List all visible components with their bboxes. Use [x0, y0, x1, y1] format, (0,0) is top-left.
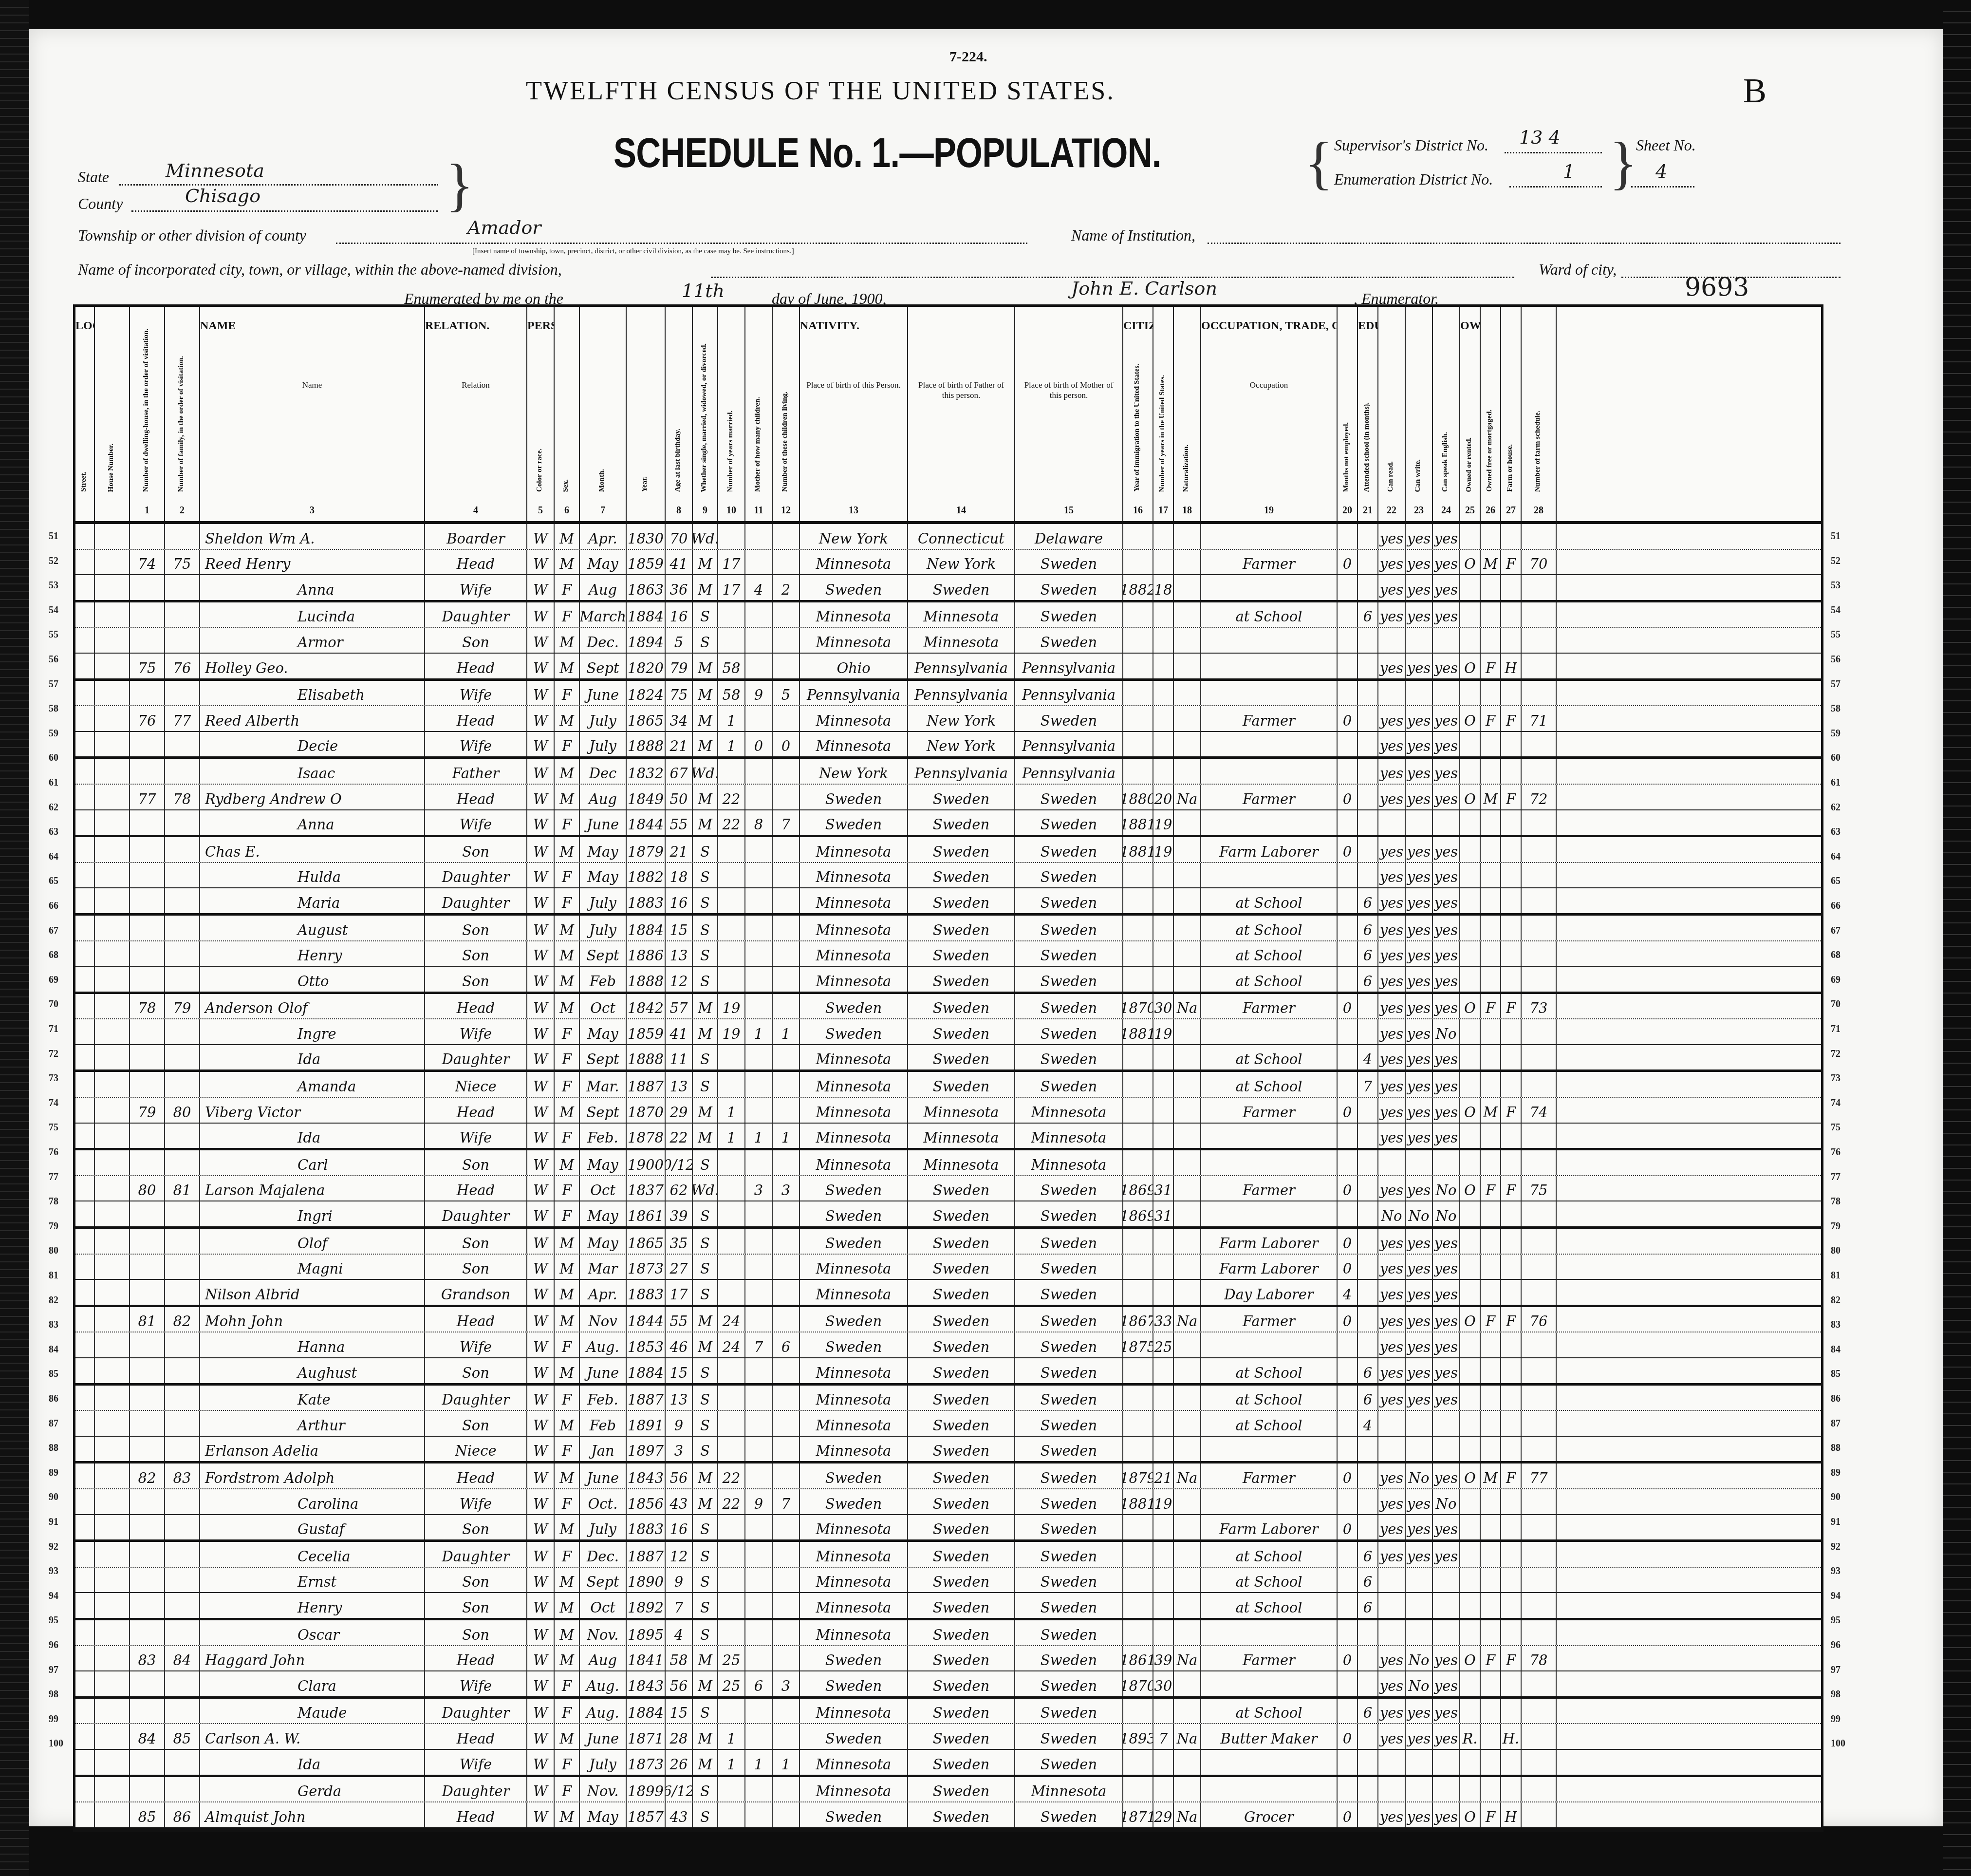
cell-yrs[interactable] — [1153, 706, 1174, 731]
cell-fam[interactable] — [165, 837, 200, 862]
cell-fam[interactable] — [165, 967, 200, 992]
cell-rel[interactable]: Wife — [425, 681, 527, 706]
supervisor-value[interactable]: 13 4 — [1519, 127, 1561, 148]
cell-year[interactable]: 1859 — [627, 550, 666, 575]
cell-dw[interactable] — [130, 1150, 165, 1175]
cell-read[interactable]: yes — [1378, 1358, 1406, 1383]
cell-occ[interactable]: at School — [1201, 1593, 1338, 1618]
cell-marital[interactable]: S — [693, 628, 718, 653]
cell-nat[interactable] — [1174, 1358, 1201, 1383]
cell-farm[interactable] — [1501, 1386, 1522, 1410]
cell-cl[interactable] — [773, 785, 800, 809]
cell-nat[interactable] — [1174, 550, 1201, 575]
cell-cl[interactable]: 5 — [773, 681, 800, 706]
cell-fpob[interactable]: Sweden — [908, 1332, 1015, 1357]
cell-own[interactable]: O — [1460, 1802, 1481, 1827]
cell-fpob[interactable]: Sweden — [908, 1593, 1015, 1618]
cell-write[interactable] — [1406, 1411, 1433, 1436]
cell-yrs[interactable]: 21 — [1153, 1463, 1174, 1488]
cell-dw[interactable] — [130, 810, 165, 835]
cell-write[interactable]: yes — [1406, 1699, 1433, 1724]
cell-ym[interactable]: 24 — [718, 1332, 745, 1357]
cell-age[interactable]: 55 — [666, 1307, 693, 1332]
cell-free[interactable] — [1481, 575, 1501, 600]
cell-eng[interactable]: yes — [1433, 916, 1460, 940]
cell-fpob[interactable]: Sweden — [908, 1358, 1015, 1383]
cell-imm[interactable] — [1123, 1568, 1153, 1593]
cell-school[interactable] — [1358, 1332, 1378, 1357]
cell-mne[interactable]: 0 — [1338, 1724, 1358, 1749]
cell-farm[interactable] — [1501, 1019, 1522, 1044]
cell-fpob[interactable]: Minnesota — [908, 1098, 1015, 1123]
cell-ym[interactable]: 1 — [718, 706, 745, 731]
cell-year[interactable]: 1844 — [627, 1307, 666, 1332]
cell-pob[interactable]: Minnesota — [800, 550, 908, 575]
cell-write[interactable] — [1406, 1777, 1433, 1802]
cell-month[interactable]: Dec — [580, 759, 627, 784]
cell-imm[interactable] — [1123, 759, 1153, 784]
institution-line[interactable] — [1208, 243, 1841, 244]
cell-farm[interactable] — [1501, 1150, 1522, 1175]
cell-street[interactable] — [75, 1386, 95, 1410]
cell-sex[interactable]: M — [555, 1593, 580, 1618]
cell-street[interactable] — [75, 1568, 95, 1593]
cell-farm[interactable] — [1501, 1437, 1522, 1462]
cell-month[interactable]: Apr. — [580, 1280, 627, 1305]
cell-own[interactable] — [1460, 1358, 1481, 1383]
cell-mc[interactable] — [745, 941, 773, 966]
cell-mne[interactable] — [1338, 1150, 1358, 1175]
cell-street[interactable] — [75, 1542, 95, 1567]
cell-sched[interactable] — [1522, 888, 1557, 913]
cell-imm[interactable] — [1123, 1124, 1153, 1148]
cell-dw[interactable] — [130, 837, 165, 862]
cell-age[interactable]: 56 — [666, 1463, 693, 1488]
cell-age[interactable]: 9 — [666, 1411, 693, 1436]
cell-name[interactable]: Cecelia — [200, 1542, 425, 1567]
cell-mc[interactable]: 6 — [745, 1671, 773, 1696]
cell-month[interactable]: May — [580, 837, 627, 862]
cell-rel[interactable]: Daughter — [425, 1201, 527, 1226]
cell-house[interactable] — [95, 550, 130, 575]
cell-cl[interactable] — [773, 888, 800, 913]
cell-fam[interactable] — [165, 1332, 200, 1357]
cell-ym[interactable] — [718, 1699, 745, 1724]
cell-fam[interactable] — [165, 524, 200, 549]
cell-eng[interactable] — [1433, 1150, 1460, 1175]
cell-free[interactable]: F — [1481, 654, 1501, 678]
cell-mpob[interactable]: Sweden — [1015, 941, 1123, 966]
cell-imm[interactable] — [1123, 1542, 1153, 1567]
cell-month[interactable]: July — [580, 732, 627, 757]
cell-mc[interactable] — [745, 1646, 773, 1671]
cell-sched[interactable] — [1522, 1802, 1557, 1827]
cell-yrs[interactable] — [1153, 628, 1174, 653]
cell-nat[interactable] — [1174, 967, 1201, 992]
cell-month[interactable]: Sept — [580, 1098, 627, 1123]
cell-read[interactable]: No — [1378, 1201, 1406, 1226]
cell-sex[interactable]: M — [555, 967, 580, 992]
cell-sex[interactable]: F — [555, 1489, 580, 1514]
cell-age[interactable]: 41 — [666, 550, 693, 575]
cell-yrs[interactable]: 30 — [1153, 1671, 1174, 1696]
cell-age[interactable]: 75 — [666, 681, 693, 706]
cell-sched[interactable] — [1522, 1201, 1557, 1226]
cell-farm[interactable] — [1501, 1750, 1522, 1775]
cell-rel[interactable]: Son — [425, 1229, 527, 1254]
cell-sex[interactable]: M — [555, 1515, 580, 1540]
cell-yrs[interactable] — [1153, 524, 1174, 549]
cell-fam[interactable] — [165, 1593, 200, 1618]
cell-ym[interactable] — [718, 1280, 745, 1305]
cell-cl[interactable] — [773, 1307, 800, 1332]
cell-write[interactable] — [1406, 628, 1433, 653]
cell-fpob[interactable]: Sweden — [908, 1724, 1015, 1749]
cell-rel[interactable]: Head — [425, 654, 527, 678]
cell-mne[interactable] — [1338, 575, 1358, 600]
cell-yrs[interactable] — [1153, 654, 1174, 678]
cell-sched[interactable] — [1522, 1750, 1557, 1775]
cell-cl[interactable] — [773, 654, 800, 678]
cell-occ[interactable]: at School — [1201, 1411, 1338, 1436]
cell-imm[interactable]: 1867 — [1123, 1307, 1153, 1332]
cell-pob[interactable]: Sweden — [800, 1332, 908, 1357]
cell-house[interactable] — [95, 1437, 130, 1462]
cell-yrs[interactable] — [1153, 1593, 1174, 1618]
cell-occ[interactable]: at School — [1201, 916, 1338, 940]
cell-school[interactable] — [1358, 1515, 1378, 1540]
cell-nat[interactable]: Na — [1174, 1463, 1201, 1488]
cell-year[interactable]: 1832 — [627, 759, 666, 784]
cell-mc[interactable] — [745, 1411, 773, 1436]
cell-rel[interactable]: Wife — [425, 1489, 527, 1514]
cell-write[interactable] — [1406, 1568, 1433, 1593]
cell-own[interactable]: R. — [1460, 1724, 1481, 1749]
cell-nat[interactable] — [1174, 1255, 1201, 1279]
cell-sched[interactable] — [1522, 1620, 1557, 1645]
cell-mpob[interactable]: Sweden — [1015, 1019, 1123, 1044]
cell-yrs[interactable] — [1153, 1098, 1174, 1123]
cell-nat[interactable] — [1174, 602, 1201, 627]
cell-imm[interactable] — [1123, 681, 1153, 706]
cell-pob[interactable]: Minnesota — [800, 1437, 908, 1462]
cell-write[interactable]: yes — [1406, 706, 1433, 731]
cell-own[interactable] — [1460, 1671, 1481, 1696]
cell-school[interactable]: 6 — [1358, 1593, 1378, 1618]
cell-own[interactable]: O — [1460, 550, 1481, 575]
cell-fpob[interactable]: Sweden — [908, 575, 1015, 600]
cell-year[interactable]: 1879 — [627, 837, 666, 862]
cell-sex[interactable]: F — [555, 681, 580, 706]
cell-mc[interactable] — [745, 1724, 773, 1749]
cell-own[interactable]: O — [1460, 1646, 1481, 1671]
cell-age[interactable]: 13 — [666, 1072, 693, 1097]
cell-rel[interactable]: Daughter — [425, 1542, 527, 1567]
cell-fam[interactable] — [165, 1201, 200, 1226]
cell-read[interactable] — [1378, 1620, 1406, 1645]
cell-sex[interactable]: F — [555, 1332, 580, 1357]
cell-mpob[interactable]: Sweden — [1015, 1229, 1123, 1254]
cell-imm[interactable] — [1123, 732, 1153, 757]
cell-imm[interactable] — [1123, 1280, 1153, 1305]
cell-marital[interactable]: Wd. — [693, 524, 718, 549]
cell-ym[interactable] — [718, 1150, 745, 1175]
cell-ym[interactable]: 58 — [718, 681, 745, 706]
cell-yrs[interactable]: 29 — [1153, 1802, 1174, 1827]
cell-sched[interactable]: 77 — [1522, 1463, 1557, 1488]
cell-dw[interactable] — [130, 916, 165, 940]
cell-yrs[interactable] — [1153, 1072, 1174, 1097]
cell-read[interactable]: yes — [1378, 1332, 1406, 1357]
cell-fam[interactable] — [165, 681, 200, 706]
cell-write[interactable]: yes — [1406, 863, 1433, 888]
cell-age[interactable]: 55 — [666, 810, 693, 835]
cell-mc[interactable] — [745, 994, 773, 1019]
cell-marital[interactable]: S — [693, 1255, 718, 1279]
cell-pob[interactable]: Ohio — [800, 654, 908, 678]
cell-mc[interactable] — [745, 1358, 773, 1383]
cell-occ[interactable]: Farm Laborer — [1201, 1255, 1338, 1279]
cell-dw[interactable]: 84 — [130, 1724, 165, 1749]
cell-read[interactable]: yes — [1378, 1124, 1406, 1148]
cell-year[interactable]: 1887 — [627, 1072, 666, 1097]
cell-ym[interactable]: 1 — [718, 1750, 745, 1775]
cell-occ[interactable] — [1201, 1019, 1338, 1044]
cell-farm[interactable] — [1501, 1255, 1522, 1279]
cell-fam[interactable]: 85 — [165, 1724, 200, 1749]
cell-read[interactable] — [1378, 1568, 1406, 1593]
cell-farm[interactable]: F — [1501, 1307, 1522, 1332]
cell-marital[interactable]: Wd. — [693, 1176, 718, 1201]
cell-house[interactable] — [95, 1542, 130, 1567]
cell-sched[interactable] — [1522, 916, 1557, 940]
cell-pob[interactable]: Sweden — [800, 575, 908, 600]
cell-fam[interactable] — [165, 759, 200, 784]
cell-month[interactable]: May — [580, 1019, 627, 1044]
cell-ym[interactable] — [718, 1777, 745, 1802]
cell-eng[interactable]: yes — [1433, 1229, 1460, 1254]
cell-free[interactable] — [1481, 1019, 1501, 1044]
cell-occ[interactable] — [1201, 1150, 1338, 1175]
cell-ym[interactable]: 24 — [718, 1307, 745, 1332]
cell-school[interactable]: 6 — [1358, 602, 1378, 627]
cell-marital[interactable]: M — [693, 1724, 718, 1749]
cell-color[interactable]: W — [527, 575, 555, 600]
cell-eng[interactable] — [1433, 1411, 1460, 1436]
cell-farm[interactable] — [1501, 967, 1522, 992]
cell-write[interactable] — [1406, 1437, 1433, 1462]
cell-mc[interactable] — [745, 1699, 773, 1724]
cell-cl[interactable] — [773, 1620, 800, 1645]
cell-write[interactable]: yes — [1406, 1724, 1433, 1749]
cell-sex[interactable]: F — [555, 1386, 580, 1410]
cell-occ[interactable]: Butter Maker — [1201, 1724, 1338, 1749]
cell-dw[interactable] — [130, 1593, 165, 1618]
cell-ym[interactable]: 19 — [718, 1019, 745, 1044]
cell-dw[interactable] — [130, 1777, 165, 1802]
cell-month[interactable]: Apr. — [580, 524, 627, 549]
cell-yrs[interactable] — [1153, 916, 1174, 940]
cell-farm[interactable]: F — [1501, 550, 1522, 575]
cell-pob[interactable]: Minnesota — [800, 888, 908, 913]
cell-free[interactable] — [1481, 524, 1501, 549]
cell-fpob[interactable]: Sweden — [908, 1255, 1015, 1279]
cell-ym[interactable]: 1 — [718, 1124, 745, 1148]
cell-mne[interactable] — [1338, 1620, 1358, 1645]
cell-marital[interactable]: M — [693, 575, 718, 600]
cell-sex[interactable]: M — [555, 1150, 580, 1175]
cell-read[interactable]: yes — [1378, 1489, 1406, 1514]
cell-rel[interactable]: Boarder — [425, 524, 527, 549]
cell-dw[interactable]: 76 — [130, 706, 165, 731]
cell-mne[interactable] — [1338, 681, 1358, 706]
cell-year[interactable]: 1887 — [627, 1542, 666, 1567]
cell-house[interactable] — [95, 1646, 130, 1671]
cell-own[interactable]: O — [1460, 1176, 1481, 1201]
cell-read[interactable]: yes — [1378, 1724, 1406, 1749]
cell-mne[interactable] — [1338, 628, 1358, 653]
cell-farm[interactable]: F — [1501, 1098, 1522, 1123]
cell-fpob[interactable]: Sweden — [908, 1515, 1015, 1540]
cell-farm[interactable] — [1501, 1515, 1522, 1540]
cell-color[interactable]: W — [527, 732, 555, 757]
cell-occ[interactable] — [1201, 628, 1338, 653]
cell-rel[interactable]: Head — [425, 785, 527, 809]
cell-free[interactable] — [1481, 1750, 1501, 1775]
cell-house[interactable] — [95, 785, 130, 809]
cell-name[interactable]: Fordstrom Adolph — [200, 1463, 425, 1488]
cell-rel[interactable]: Daughter — [425, 888, 527, 913]
cell-cl[interactable] — [773, 1463, 800, 1488]
cell-name[interactable]: Hulda — [200, 863, 425, 888]
cell-fpob[interactable]: Sweden — [908, 1620, 1015, 1645]
cell-mc[interactable] — [745, 1515, 773, 1540]
cell-month[interactable]: Dec. — [580, 628, 627, 653]
cell-sex[interactable]: F — [555, 1542, 580, 1567]
cell-month[interactable]: June — [580, 1358, 627, 1383]
cell-pob[interactable]: Minnesota — [800, 837, 908, 862]
cell-write[interactable]: yes — [1406, 732, 1433, 757]
cell-rel[interactable]: Wife — [425, 575, 527, 600]
cell-write[interactable]: yes — [1406, 1515, 1433, 1540]
cell-cl[interactable] — [773, 1593, 800, 1618]
cell-sex[interactable]: M — [555, 1411, 580, 1436]
cell-farm[interactable] — [1501, 681, 1522, 706]
cell-fam[interactable] — [165, 1671, 200, 1696]
cell-street[interactable] — [75, 1411, 95, 1436]
cell-yrs[interactable] — [1153, 863, 1174, 888]
cell-year[interactable]: 1883 — [627, 1515, 666, 1540]
cell-eng[interactable]: No — [1433, 1201, 1460, 1226]
cell-mpob[interactable]: Sweden — [1015, 1255, 1123, 1279]
cell-school[interactable] — [1358, 1646, 1378, 1671]
cell-rel[interactable]: Son — [425, 916, 527, 940]
cell-street[interactable] — [75, 1646, 95, 1671]
cell-fam[interactable] — [165, 863, 200, 888]
cell-read[interactable]: yes — [1378, 732, 1406, 757]
cell-nat[interactable] — [1174, 1229, 1201, 1254]
cell-mc[interactable]: 3 — [745, 1176, 773, 1201]
cell-mne[interactable] — [1338, 1411, 1358, 1436]
cell-house[interactable] — [95, 1802, 130, 1827]
cell-year[interactable]: 1863 — [627, 575, 666, 600]
cell-fam[interactable]: 75 — [165, 550, 200, 575]
cell-sched[interactable] — [1522, 1568, 1557, 1593]
cell-ym[interactable] — [718, 524, 745, 549]
cell-school[interactable] — [1358, 1124, 1378, 1148]
cell-name[interactable]: Arthur — [200, 1411, 425, 1436]
cell-write[interactable]: No — [1406, 1646, 1433, 1671]
cell-marital[interactable]: M — [693, 1124, 718, 1148]
cell-fpob[interactable]: Sweden — [908, 1176, 1015, 1201]
cell-marital[interactable]: M — [693, 654, 718, 678]
cell-mc[interactable] — [745, 1229, 773, 1254]
cell-name[interactable]: Otto — [200, 967, 425, 992]
cell-free[interactable] — [1481, 1150, 1501, 1175]
cell-marital[interactable]: S — [693, 1358, 718, 1383]
cell-imm[interactable] — [1123, 967, 1153, 992]
cell-fpob[interactable]: Sweden — [908, 1045, 1015, 1070]
cell-nat[interactable]: Na — [1174, 1646, 1201, 1671]
cell-dw[interactable] — [130, 1568, 165, 1593]
cell-mne[interactable]: 0 — [1338, 550, 1358, 575]
cell-school[interactable] — [1358, 785, 1378, 809]
cell-sched[interactable] — [1522, 628, 1557, 653]
cell-street[interactable] — [75, 941, 95, 966]
cell-yrs[interactable] — [1153, 1411, 1174, 1436]
cell-fpob[interactable]: Sweden — [908, 1411, 1015, 1436]
cell-marital[interactable]: M — [693, 681, 718, 706]
cell-mc[interactable] — [745, 888, 773, 913]
cell-sched[interactable]: 73 — [1522, 994, 1557, 1019]
cell-own[interactable] — [1460, 628, 1481, 653]
cell-eng[interactable]: yes — [1433, 759, 1460, 784]
cell-imm[interactable] — [1123, 1045, 1153, 1070]
cell-school[interactable] — [1358, 994, 1378, 1019]
cell-marital[interactable]: M — [693, 1307, 718, 1332]
cell-fpob[interactable]: Pennsylvania — [908, 654, 1015, 678]
cell-mpob[interactable]: Sweden — [1015, 1568, 1123, 1593]
cell-write[interactable]: yes — [1406, 785, 1433, 809]
cell-name[interactable]: Clara — [200, 1671, 425, 1696]
cell-dw[interactable] — [130, 1332, 165, 1357]
cell-occ[interactable]: at School — [1201, 888, 1338, 913]
cell-free[interactable]: F — [1481, 706, 1501, 731]
cell-month[interactable]: Mar — [580, 1255, 627, 1279]
cell-sched[interactable] — [1522, 810, 1557, 835]
cell-age[interactable]: 18 — [666, 863, 693, 888]
cell-own[interactable] — [1460, 863, 1481, 888]
cell-free[interactable] — [1481, 1045, 1501, 1070]
cell-imm[interactable] — [1123, 1358, 1153, 1383]
cell-mc[interactable] — [745, 1386, 773, 1410]
cell-farm[interactable] — [1501, 1411, 1522, 1436]
cell-color[interactable]: W — [527, 628, 555, 653]
cell-sex[interactable]: M — [555, 1255, 580, 1279]
cell-read[interactable]: yes — [1378, 524, 1406, 549]
cell-age[interactable]: 50 — [666, 785, 693, 809]
cell-sched[interactable] — [1522, 967, 1557, 992]
cell-name[interactable]: Carlson A. W. — [200, 1724, 425, 1749]
cell-farm[interactable] — [1501, 916, 1522, 940]
cell-sched[interactable] — [1522, 1593, 1557, 1618]
cell-mpob[interactable]: Sweden — [1015, 994, 1123, 1019]
cell-own[interactable]: O — [1460, 706, 1481, 731]
cell-cl[interactable] — [773, 602, 800, 627]
cell-color[interactable]: W — [527, 1201, 555, 1226]
cell-name[interactable]: Anderson Olof — [200, 994, 425, 1019]
cell-street[interactable] — [75, 916, 95, 940]
